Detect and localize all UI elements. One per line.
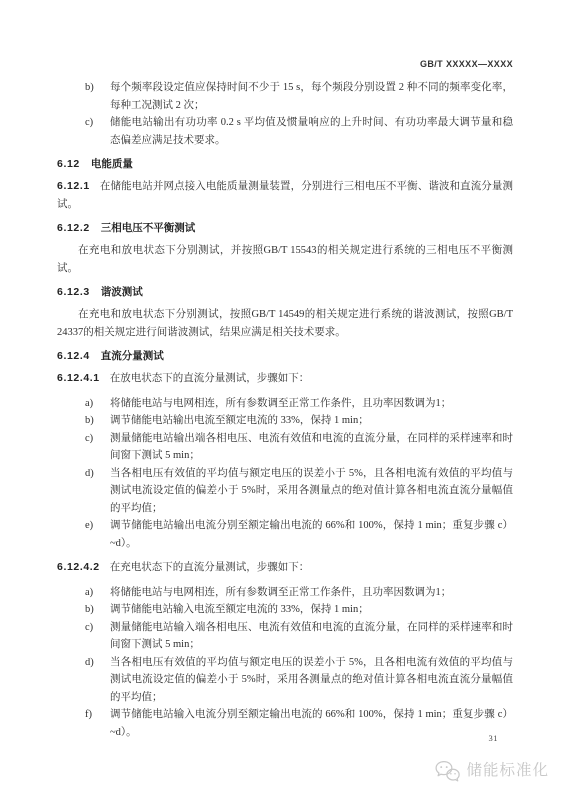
section-heading-6-12-3: 6.12.3谐波测试 xyxy=(57,285,513,299)
list-item-text: 测量储能电站输出端各相电压、电流有效值和电流的直流分量，在同样的采样速率和时间窗… xyxy=(110,430,513,465)
list-item-label: e) xyxy=(85,517,110,552)
list-item-text: 当各相电压有效值的平均值与额定电压的误差小于 5%，且各相电流有效值的平均值与测… xyxy=(110,465,513,518)
list-item: e) 调节储能电站输出电流分别至额定输出电流的 66%和 100%，保持 1 m… xyxy=(57,517,513,552)
section-title: 直流分量测试 xyxy=(101,350,164,362)
list-item-label: d) xyxy=(85,654,110,707)
list-item: c) 测量储能电站输入端各相电压、电流有效值和电流的直流分量，在同样的采样速率和… xyxy=(57,619,513,654)
watermark: 储能标准化 xyxy=(434,760,549,782)
clause-number: 6.12.1 xyxy=(57,180,90,192)
list-item-text: 调节储能电站输出电流至额定电流的 33%，保持 1 min； xyxy=(110,412,513,430)
list-item-text: 测量储能电站输入端各相电压、电流有效值和电流的直流分量，在同样的采样速率和时间窗… xyxy=(110,619,513,654)
standard-code-header: GB/T XXXXX—XXXX xyxy=(57,58,513,70)
clause-6-12-1: 6.12.1在储能电站并网点接入电能质量测量装置，分别进行三相电压不平衡、谐波和… xyxy=(57,178,513,213)
list-item-label: c) xyxy=(85,430,110,465)
list-item-label: c) xyxy=(85,619,110,654)
wechat-icon xyxy=(434,760,461,782)
list-item: a) 将储能电站与电网相连，所有参数调至正常工作条件，且功率因数调为1； xyxy=(57,584,513,602)
list-item-label: f) xyxy=(85,706,110,741)
list-item-label: a) xyxy=(85,395,110,413)
frequency-test-steps: b) 每个频率段设定值应保持时间不少于 15 s，每个频段分别设置 2 种不同的… xyxy=(57,79,513,149)
list-item: b) 调节储能电站输出电流至额定电流的 33%，保持 1 min； xyxy=(57,412,513,430)
list-item: d) 当各相电压有效值的平均值与额定电压的误差小于 5%，且各相电流有效值的平均… xyxy=(57,465,513,518)
list-item: f) 调节储能电站输入电流分别至额定输出电流的 66%和 100%，保持 1 m… xyxy=(57,706,513,741)
list-item: c) 储能电站输出有功功率 0.2 s 平均值及惯量响应的上升时间、有功功率最大… xyxy=(57,114,513,149)
list-item-label: b) xyxy=(85,79,110,114)
charge-dc-test-steps: a) 将储能电站与电网相连，所有参数调至正常工作条件，且功率因数调为1； b) … xyxy=(57,584,513,742)
list-item-label: a) xyxy=(85,584,110,602)
list-item-text: 调节储能电站输入电流至额定电流的 33%，保持 1 min； xyxy=(110,601,513,619)
section-title: 电能质量 xyxy=(91,158,133,170)
clause-6-12-4-1: 6.12.4.1在放电状态下的直流分量测试，步骤如下： xyxy=(57,370,513,388)
list-item-text: 将储能电站与电网相连，所有参数调至正常工作条件，且功率因数调为1； xyxy=(110,584,513,602)
clause-text: 在储能电站并网点接入电能质量测量装置，分别进行三相电压不平衡、谐波和直流分量测试… xyxy=(57,181,513,210)
list-item-text: 调节储能电站输出电流分别至额定输出电流的 66%和 100%，保持 1 min；… xyxy=(110,517,513,552)
list-item-text: 当各相电压有效值的平均值与额定电压的误差小于 5%，且各相电流有效值的平均值与测… xyxy=(110,654,513,707)
list-item: b) 每个频率段设定值应保持时间不少于 15 s，每个频段分别设置 2 种不同的… xyxy=(57,79,513,114)
list-item-text: 调节储能电站输入电流分别至额定输出电流的 66%和 100%，保持 1 min；… xyxy=(110,706,513,741)
list-item: a) 将储能电站与电网相连，所有参数调至正常工作条件，且功率因数调为1； xyxy=(57,395,513,413)
watermark-text: 储能标准化 xyxy=(466,760,549,782)
section-title: 三相电压不平衡测试 xyxy=(101,222,196,234)
clause-number: 6.12.4.2 xyxy=(57,561,100,573)
list-item: b) 调节储能电站输入电流至额定电流的 33%，保持 1 min； xyxy=(57,601,513,619)
clause-number: 6.12.4.1 xyxy=(57,372,100,384)
section-number: 6.12 xyxy=(57,158,80,170)
list-item: d) 当各相电压有效值的平均值与额定电压的误差小于 5%，且各相电流有效值的平均… xyxy=(57,654,513,707)
section-title: 谐波测试 xyxy=(101,286,143,298)
list-item-label: c) xyxy=(85,114,110,149)
discharge-dc-test-steps: a) 将储能电站与电网相连，所有参数调至正常工作条件，且功率因数调为1； b) … xyxy=(57,395,513,553)
page-number: 31 xyxy=(489,730,499,748)
list-item-text: 将储能电站与电网相连，所有参数调至正常工作条件，且功率因数调为1； xyxy=(110,395,513,413)
paragraph-6-12-3: 在充电和放电状态下分别测试，按照GB/T 14549的相关规定进行系统的谐波测试… xyxy=(57,306,513,341)
list-item-text: 储能电站输出有功功率 0.2 s 平均值及惯量响应的上升时间、有功功率最大调节量… xyxy=(110,114,513,149)
paragraph-6-12-2: 在充电和放电状态下分别测试，并按照GB/T 15543的相关规定进行系统的三相电… xyxy=(57,242,513,277)
list-item-label: b) xyxy=(85,412,110,430)
list-item-text: 每个频率段设定值应保持时间不少于 15 s，每个频段分别设置 2 种不同的频率变… xyxy=(110,79,513,114)
section-number: 6.12.4 xyxy=(57,350,90,362)
section-heading-6-12-4: 6.12.4直流分量测试 xyxy=(57,349,513,363)
section-number: 6.12.3 xyxy=(57,286,90,298)
section-number: 6.12.2 xyxy=(57,222,90,234)
section-heading-6-12: 6.12电能质量 xyxy=(57,157,513,171)
clause-text: 在充电状态下的直流分量测试，步骤如下： xyxy=(110,562,310,573)
list-item-label: b) xyxy=(85,601,110,619)
list-item: c) 测量储能电站输出端各相电压、电流有效值和电流的直流分量，在同样的采样速率和… xyxy=(57,430,513,465)
section-heading-6-12-2: 6.12.2三相电压不平衡测试 xyxy=(57,221,513,235)
document-page: GB/T XXXXX—XXXX b) 每个频率段设定值应保持时间不少于 15 s… xyxy=(0,0,565,800)
clause-text: 在放电状态下的直流分量测试，步骤如下： xyxy=(110,373,310,384)
clause-6-12-4-2: 6.12.4.2在充电状态下的直流分量测试，步骤如下： xyxy=(57,559,513,577)
list-item-label: d) xyxy=(85,465,110,518)
